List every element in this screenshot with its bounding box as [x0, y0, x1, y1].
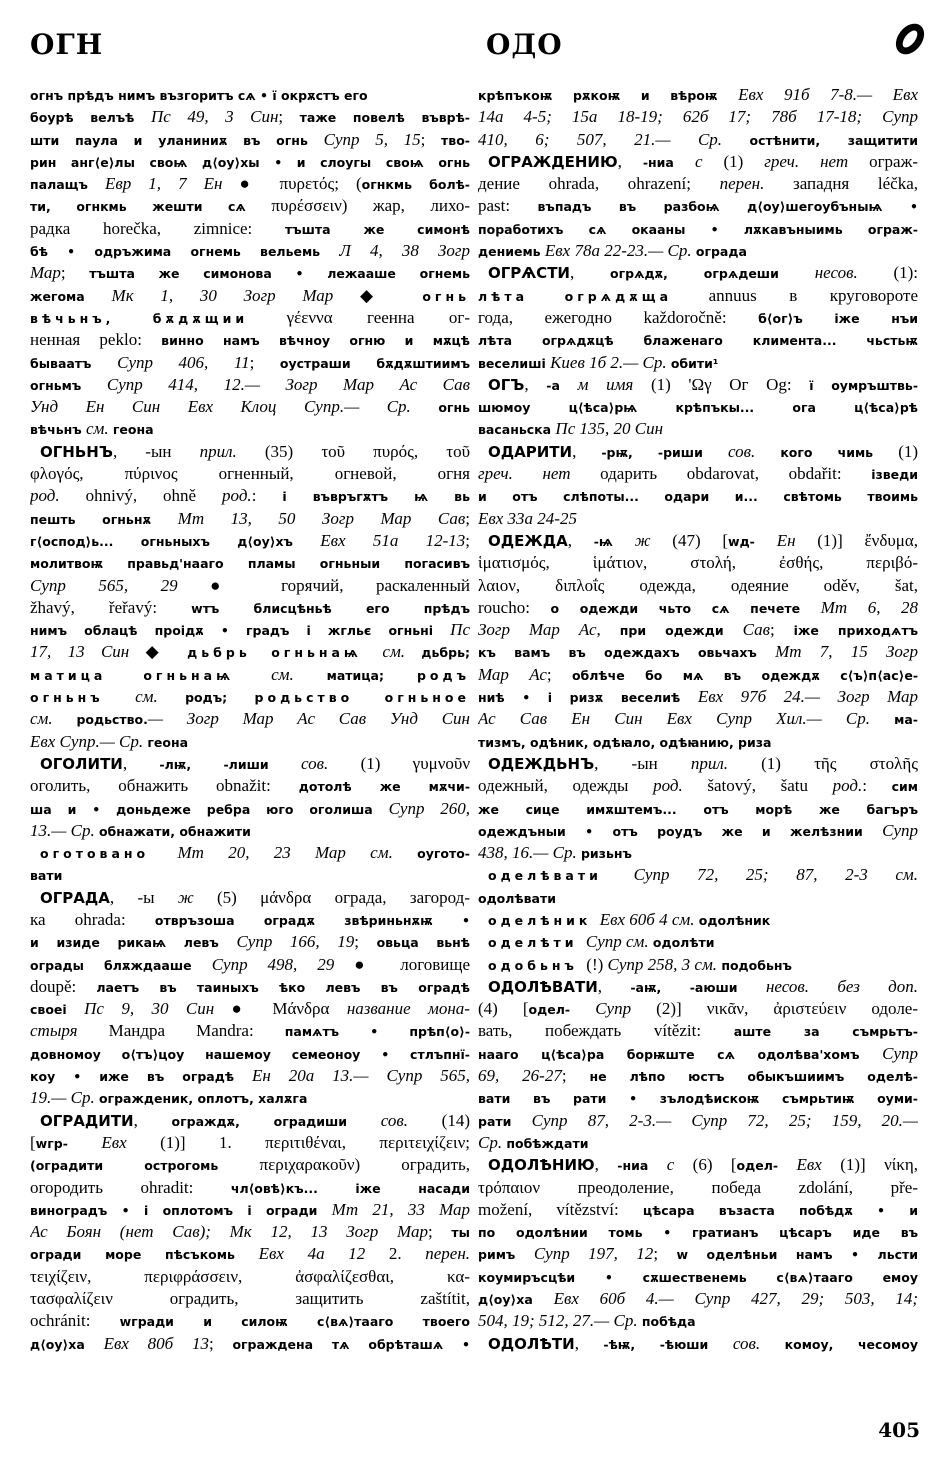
text-segment: ка ohrada: — [30, 910, 155, 929]
source-citation: сов. — [728, 442, 755, 461]
text-segment: и изиде рикаѩ левъ — [30, 935, 236, 950]
text-segment: ограда — [696, 244, 747, 259]
text-segment: тво- — [441, 133, 470, 148]
text-line: možení, vítězství: цѣсара възаста побѣдѫ… — [478, 1199, 918, 1221]
text-segment: (1)] ἔνδυμα, — [796, 531, 918, 550]
source-citation: греч. нет — [764, 152, 848, 171]
text-segment: annuus в круговороте — [709, 286, 918, 305]
text-segment: ; — [770, 620, 794, 639]
text-segment: поработихъ сѧ окааны • лѫкавъныимь ограж… — [478, 222, 918, 237]
source-citation: — Зогр Мар Ас Сав Унд Син — [148, 709, 470, 728]
text-segment: жегома — [30, 289, 112, 304]
source-citation: Л 4, 38 Зогр — [339, 241, 470, 260]
text-segment: ; — [354, 932, 376, 951]
text-segment: одел- — [529, 1002, 596, 1017]
source-citation: Супр 197, 12 — [534, 1244, 653, 1263]
text-line: къ вамъ въ одеждахъ овьчахъ Мт 7, 15 Зог… — [478, 641, 918, 663]
text-segment: τρόπαιον преодоление, победа zdolání, př… — [478, 1178, 918, 1197]
text-line: ОДАРИТИ, -рѭ, -риши сов. кого чимь (1) — [478, 441, 918, 463]
text-line: одолѣвати — [478, 887, 918, 909]
text-segment: матица огньнаѩ — [30, 668, 271, 683]
text-segment: дотолѣ же мѫчи- — [299, 779, 470, 794]
text-segment: вати — [30, 868, 62, 883]
source-citation: род. — [30, 486, 60, 505]
source-citation: сов. — [301, 754, 328, 773]
headword: ОГРАЖДЕНИЮ — [488, 153, 618, 171]
source-citation: Супр — [595, 999, 631, 1018]
source-citation: 19.— Ср. — [30, 1088, 99, 1107]
text-line: ОГРАЖДЕНИЮ, -ниа с (1) греч. нет ограж- — [478, 151, 918, 173]
source-citation: Евх — [101, 1133, 126, 1152]
text-line: 19.— Ср. огражденик, оплотъ, халѫга — [30, 1087, 470, 1109]
source-citation: Ас Боян (нет Сав); Мк 12, 13 Зогр Мар — [30, 1222, 428, 1241]
source-citation: см. — [86, 419, 113, 438]
source-citation: Евх 60б 4.— Супр 427, 29; 503, 14; — [554, 1289, 918, 1308]
text-line: своеі Пс 9, 30 Син ● Μάνδρα название мон… — [30, 998, 470, 1020]
text-segment: одежный, одежды — [478, 776, 653, 795]
headword: ОДЕЖДА — [488, 532, 568, 550]
source-citation: см. — [271, 665, 327, 684]
source-citation: Супр см. — [586, 932, 653, 951]
text-line: 69, 26-27; не лѣпо юстъ обыкъшиимъ оделѣ… — [478, 1065, 918, 1087]
text-segment: , — [572, 442, 601, 461]
text-segment: аште за съмрьтъ- — [734, 1024, 918, 1039]
headword: ОГРАДИТИ — [40, 1112, 134, 1130]
text-line: ОДЕЖДА, -ѩ ж (47) [wд- Ен (1)] ἔνδυμα, — [478, 530, 918, 552]
text-line: ниѣ • і ризѫ веселиѣ Евх 97б 24.— Зогр М… — [478, 686, 918, 708]
source-citation: Евр 1, 7 Ен — [105, 174, 222, 193]
text-line: огородить ohradit: чл⟨овѣ⟩къ... іже наса… — [30, 1177, 470, 1199]
source-citation: 410, 6; 507, 21.— Ср. — [478, 130, 750, 149]
source-citation: с — [695, 152, 703, 171]
text-segment: овьца вьнѣ — [377, 935, 470, 950]
text-line: ОДОЛѢТИ, -ѣѭ, -ѣюши сов. комоу, чесомоу — [478, 1333, 918, 1355]
source-citation: Мк 1, 30 Зогр Мар — [112, 286, 334, 305]
text-line: жегома Мк 1, 30 Зогр Мар ◆ огнь — [30, 285, 470, 307]
text-line: д⟨оу⟩ха Евх 80б 13; ограждена тѧ обрѣташ… — [30, 1333, 470, 1355]
source-citation: род. — [222, 486, 252, 505]
text-segment: побѣждати — [506, 1136, 588, 1151]
text-segment: (1) γυμνοῦν — [328, 754, 470, 773]
text-segment: къ вамъ въ одеждахъ овьчахъ — [478, 645, 775, 660]
text-segment: нааго ц⟨ѣса⟩ра борѭште сѧ одолѣва'хомъ — [478, 1047, 882, 1062]
text-segment: ; — [653, 1244, 676, 1263]
text-segment: коумиръсцѣи • сѫшественемь с⟨вѧ⟩тааго ем… — [478, 1270, 918, 1285]
text-segment: одарить obdarovat, obdařit: — [571, 464, 872, 483]
source-citation: сов. — [733, 1334, 760, 1353]
text-segment: одел- — [737, 1158, 797, 1173]
text-segment: довномоу о⟨тъ⟩цоу нашемоу семеоноу • стл… — [30, 1047, 470, 1062]
text-line: (оградити острогомь περιχαρακοῦν) огради… — [30, 1154, 470, 1176]
text-segment: , -ы — [110, 888, 178, 907]
text-segment: оготовано — [40, 846, 177, 861]
text-segment: ; — [547, 665, 572, 684]
source-citation: Мар — [30, 263, 61, 282]
source-citation: несов. — [815, 263, 858, 282]
source-citation: 504, 19; 512, 27.— Ср. — [478, 1311, 642, 1330]
text-segment: по одолѣнии томь • гратианъ цѣсаръ иде в… — [478, 1225, 918, 1240]
text-line: одеждъныи • отъ роудъ же и желѣзнии Супр — [478, 820, 918, 842]
text-line: Ас Сав Ен Син Евх Супр Хил.— Ср. ма- — [478, 708, 918, 730]
headword: ОДОЛѢТИ — [488, 1335, 575, 1353]
source-citation: 438, 16.— Ср. — [478, 843, 581, 862]
source-citation: см. — [30, 709, 76, 728]
text-line: рин анг⟨е⟩лы своѩ д⟨оу⟩хы • и слоугы сво… — [30, 151, 470, 173]
text-line: огнъ прѣдъ нимъ възгоритъ сѧ • ї окрѫстъ… — [30, 84, 470, 106]
text-segment: (35) τοῦ πυρός, τοῦ — [237, 442, 470, 461]
text-line: боурѣ велъѣ Пс 49, 3 Син; таже повелѣ въ… — [30, 106, 470, 128]
text-segment: подобьнъ — [721, 958, 792, 973]
text-segment: одолѣти — [653, 935, 715, 950]
text-line: ОДОЛѢВАТИ, -аѭ, -аюши несов. без доп. — [478, 976, 918, 998]
text-segment: -ѩ — [594, 534, 635, 549]
text-segment: нимъ облацѣ проідѫ • градъ і жгльє огньн… — [30, 623, 450, 638]
text-line: žhavý, řeřavý: wтъ блисцѣньѣ его прѣдъ — [30, 597, 470, 619]
text-segment: ты — [451, 1225, 470, 1240]
text-segment: , — [575, 1334, 604, 1353]
text-line: Евх 33а 24-25 — [478, 508, 918, 530]
text-segment: цѣсара възаста побѣдѫ • и — [643, 1203, 918, 1218]
text-segment: остѣнити, защитити — [750, 133, 918, 148]
text-segment: таже повелѣ въврѣ- — [300, 110, 470, 125]
source-citation: Мар Ас — [478, 665, 547, 684]
text-segment: žhavý, řeřavý: — [30, 598, 191, 617]
source-citation: Супр 5, 15 — [324, 130, 421, 149]
text-segment: шюмоу ц⟨ѣса⟩рѩ крѣпъкы... ога ц⟨ѣса⟩рѣ — [478, 400, 918, 415]
text-segment: šatový, šatu — [683, 776, 833, 795]
text-line: ОГНЬНЪ, -ын прил. (35) τοῦ πυρός, τοῦ — [30, 441, 470, 463]
text-segment: 1. περιτιθέναι, περιτειχίζειν; — [219, 1133, 470, 1152]
text-segment: -ниа — [643, 155, 695, 170]
source-citation: Унд Ен Син Евх Клоц Супр.— Ср. — [30, 397, 438, 416]
text-line: doupě: лаетъ въ таиныхъ ѣко левъ въ огра… — [30, 976, 470, 998]
text-line: Унд Ен Син Евх Клоц Супр.— Ср. огнь — [30, 396, 470, 418]
text-line: рати Супр 87, 2-3.— Супр 72, 25; 159, 20… — [478, 1110, 918, 1132]
text-segment: вати въ рати • зълодѣискоѭ съмрьтиѭ оуми… — [478, 1091, 918, 1106]
text-line: ка ohrada: отвръзоша оградѫ звѣриньнѫѭ • — [30, 909, 470, 931]
text-segment: , — [570, 263, 610, 282]
text-line: см. родьство.— Зогр Мар Ас Сав Унд Син — [30, 708, 470, 730]
source-citation: Супр 166, 19 — [236, 932, 354, 951]
text-segment: ограждена тѧ обрѣташѧ • — [232, 1337, 470, 1352]
text-segment: западня léčka, — [764, 174, 918, 193]
source-citation: Супр — [882, 1044, 918, 1063]
source-citation: 14а 4-5; 15а 18-19; 62б 17; 78б 17-18; С… — [478, 107, 918, 126]
text-segment: рин анг⟨е⟩лы своѩ д⟨оу⟩хы • и слоугы сво… — [30, 155, 470, 170]
text-segment: ниѣ • і ризѫ веселиѣ — [478, 690, 698, 705]
text-segment: ochránit: — [30, 1311, 120, 1330]
text-segment: матица; — [327, 668, 417, 683]
source-citation: перен. — [425, 1244, 470, 1263]
text-segment: ма- — [894, 712, 918, 727]
text-segment: о одежди чьто сѧ печете — [550, 601, 820, 616]
headword: ОДОЛѢНИЮ — [488, 1156, 595, 1174]
source-citation: род. — [653, 776, 683, 795]
text-line: д⟨оу⟩ха Евх 60б 4.— Супр 427, 29; 503, 1… — [478, 1288, 918, 1310]
running-head-right: ОДО — [486, 28, 563, 61]
section-letter-o-icon — [890, 18, 930, 60]
text-line: 410, 6; 507, 21.— Ср. остѣнити, защитити — [478, 129, 918, 151]
text-segment: бѣ • одръжима огнемь вельемь — [30, 244, 339, 259]
source-citation: ж — [635, 531, 651, 550]
text-segment: лѣта огрѧдѫцѣ блаженаго климента... чьст… — [478, 333, 918, 348]
text-line: ochránit: wгради и силоѭ с⟨вѧ⟩тааго твое… — [30, 1310, 470, 1332]
text-line: довномоу о⟨тъ⟩цоу нашемоу семеоноу • стл… — [30, 1043, 470, 1065]
text-line: оготовано Мт 20, 23 Мар см. оугото- — [30, 842, 470, 864]
text-line: ОГОЛИТИ, -лѭ, -лиши сов. (1) γυμνοῦν — [30, 753, 470, 775]
running-head-left: ОГН — [30, 28, 103, 61]
source-citation: Евх 33а 24-25 — [478, 509, 577, 528]
text-line: коу • иже въ оградѣ Ен 20а 13.— Супр 565… — [30, 1065, 470, 1087]
text-segment: оугото- — [417, 846, 470, 861]
source-citation: Супр 414, 12.— Зогр Мар Ас Сав — [107, 375, 470, 394]
source-citation: Пс 9, 30 Син — [84, 999, 214, 1018]
text-line: ОГРАДИТИ, ограждѫ, оградиши сов. (14) — [30, 1110, 470, 1132]
text-segment: кого чимь — [755, 445, 898, 460]
text-segment: отвръзоша оградѫ звѣриньнѫѭ • — [155, 913, 470, 928]
text-segment: -аѭ, -аюши — [630, 980, 766, 995]
source-citation: Пс — [450, 620, 470, 639]
page-number: 405 — [878, 1418, 920, 1442]
text-segment: ; — [465, 531, 470, 550]
text-segment: ● Μάνδρα — [214, 999, 347, 1018]
text-segment: тизмъ, одѣник, одѣꙗло, одѣꙗнию, риза — [478, 735, 771, 750]
source-citation: Евх Супр.— Ср. — [30, 732, 147, 751]
source-citation: прил. — [691, 754, 728, 773]
text-segment: (4) [ — [478, 999, 529, 1018]
source-citation: Евх 97б 24.— Зогр Мар — [698, 687, 918, 706]
source-citation: Мт 6, 28 — [821, 598, 918, 617]
text-segment: , — [568, 531, 594, 550]
text-line: Евх Супр.— Ср. геона — [30, 731, 470, 753]
text-segment: вѣчьнъ, бѫдѫщии — [30, 311, 287, 326]
text-segment: wгр- — [36, 1136, 102, 1151]
text-segment: дение ohrada, ohrazení; — [478, 174, 720, 193]
text-line: же сице имѫштемъ... отъ морѣ же багъръ — [478, 798, 918, 820]
text-segment: πυρέσσειν) жар, лихо- — [271, 196, 470, 215]
text-segment: (!) — [586, 955, 607, 974]
text-segment: : — [862, 776, 891, 795]
text-line: (4) [одел- Супр (2)] νικᾶν, ἀριστεύειν о… — [478, 998, 918, 1020]
text-segment: φλογός, πύρινος огненный, огневой, огня — [30, 464, 470, 483]
text-segment: пешть огньнѫ — [30, 512, 178, 527]
text-segment: вать, побеждать vítězit: — [478, 1021, 734, 1040]
text-line: лѣта огрѧдѫща annuus в круговороте — [478, 285, 918, 307]
text-segment: огородить ohradit: — [30, 1178, 231, 1197]
text-line: виноградъ • і оплотомъ і огради Мт 21, 3… — [30, 1199, 470, 1221]
text-line: τασφαλίζειν оградить, защитить zaštítit, — [30, 1288, 470, 1310]
text-line: огради море пѣсъкомь Евх 4а 12 2. перен. — [30, 1243, 470, 1265]
text-segment: -а — [546, 378, 577, 393]
source-citation: Сав — [743, 620, 770, 639]
source-citation: Евх 51а 12-13 — [320, 531, 465, 550]
text-segment: ● πυρετός; ( — [222, 174, 361, 193]
source-citation: Евх 78а 22-23.— Ср. — [545, 241, 696, 260]
text-line: нимъ облацѣ проідѫ • градъ і жгльє огньн… — [30, 619, 470, 641]
text-line: ша и • доньдеже ребра юго оголиша Супр 2… — [30, 798, 470, 820]
text-segment: -рѭ, -риши — [601, 445, 728, 460]
text-line: past: въпадъ въ разбоѩ д⟨оу⟩шегоубъныѩ • — [478, 195, 918, 217]
text-segment: -ѣѭ, -ѣюши — [603, 1337, 732, 1352]
text-line: дениемь Евх 78а 22-23.— Ср. ограда — [478, 240, 918, 262]
text-segment: побѣда — [642, 1314, 696, 1329]
text-segment: γέεννα геенна ог- — [287, 308, 470, 327]
headword: ОГОЛИТИ — [40, 755, 123, 773]
text-segment: дениемь — [478, 244, 545, 259]
text-segment: ● логовище — [334, 955, 470, 974]
text-line: Ср. побѣждати — [478, 1132, 918, 1154]
source-citation: несов. без доп. — [766, 977, 918, 996]
text-segment: обити¹ — [671, 356, 719, 371]
text-segment: памѧтъ • прѣп⟨о⟩- — [285, 1024, 470, 1039]
text-line: τειχίζειν, περιφράσσειν, ἀσφαλίζεσθαι, κ… — [30, 1266, 470, 1288]
text-segment: ізведи — [871, 467, 918, 482]
text-segment: одолѣник — [699, 913, 771, 928]
text-line: вати въ рати • зълодѣискоѭ съмрьтиѭ оуми… — [478, 1087, 918, 1109]
text-line: коумиръсцѣи • сѫшественемь с⟨вѧ⟩тааго ем… — [478, 1266, 918, 1288]
text-line: ти, огнкмь жешти сѧ πυρέσσειν) жар, лихо… — [30, 195, 470, 217]
text-segment: тъшта же симонѣ — [285, 222, 470, 237]
source-citation: стыря — [30, 1021, 78, 1040]
text-segment: (6) [ — [674, 1155, 736, 1174]
text-segment: ; — [562, 1066, 590, 1085]
text-line: и изиде рикаѩ левъ Супр 166, 19; овьца в… — [30, 931, 470, 953]
text-segment: (1) — [703, 152, 765, 171]
text-segment: ; — [278, 107, 299, 126]
text-line: Супр 565, 29 ● горячий, раскаленный — [30, 575, 470, 597]
source-citation: Мт 7, 15 Зогр — [775, 642, 918, 661]
text-segment: -лѭ, -лиши — [159, 757, 301, 772]
text-segment: палащъ — [30, 177, 105, 192]
text-segment: ohnivý, ohně — [60, 486, 222, 505]
text-segment: д⟨оу⟩ха — [30, 1337, 104, 1352]
text-segment: -ниа — [617, 1158, 667, 1173]
source-citation: название мона- — [347, 999, 470, 1018]
text-segment: родьство. — [76, 712, 147, 727]
source-citation: Супр 258, 3 см. — [608, 955, 722, 974]
source-citation: Супр 72, 25; 87, 2-3 см. — [634, 865, 918, 884]
source-citation: Супр 87, 2-3.— Супр 72, 25; 159, 20.— — [532, 1111, 918, 1130]
text-segment: вѣчьнъ — [30, 422, 86, 437]
text-segment: , — [595, 1155, 618, 1174]
text-line: бѣ • одръжима огнемь вельемь Л 4, 38 Зог… — [30, 240, 470, 262]
text-segment: огньмъ — [30, 378, 107, 393]
text-segment: радка horečka, zimnice: — [30, 219, 285, 238]
text-line: Зогр Мар Ас, при одежди Сав; іже приходѧ… — [478, 619, 918, 641]
text-segment: огнъ прѣдъ нимъ възгоритъ сѧ • ї окрѫстъ… — [30, 88, 368, 103]
text-segment: ; — [209, 1334, 232, 1353]
text-segment: ї оумръштвь- — [809, 378, 918, 393]
text-line: нааго ц⟨ѣса⟩ра борѭште сѧ одолѣва'хомъ С… — [478, 1043, 918, 1065]
source-citation: Ен 20а 13.— Супр 565, — [252, 1066, 470, 1085]
text-segment: римъ — [478, 1247, 534, 1262]
text-line: λαιον, διπλοΐς одежда, одеяние oděv, šat… — [478, 575, 918, 597]
text-segment: въпадъ въ разбоѩ д⟨оу⟩шегоубъныѩ • — [538, 199, 918, 214]
source-citation: Евх — [797, 1155, 822, 1174]
source-citation: 13.— Ср. — [30, 821, 99, 840]
source-citation: Пс 135, 20 Син — [555, 419, 663, 438]
text-segment: огради море пѣсъкомь — [30, 1247, 259, 1262]
text-segment: τειχίζειν, περιφράσσειν, ἀσφαλίζεσθαι, κ… — [30, 1267, 470, 1286]
text-segment: doupě: — [30, 977, 96, 996]
text-segment: геона — [147, 735, 188, 750]
source-citation: Ас Сав Ен Син Евх Супр Хил.— Ср. — [478, 709, 894, 728]
source-citation: Мт 13, 50 Зогр Мар Сав — [178, 509, 466, 528]
source-citation: Ср. — [478, 1133, 506, 1152]
text-segment: , — [618, 152, 643, 171]
text-segment: roucho: — [478, 598, 550, 617]
text-segment: тъшта же симонова • лежааше огнемь — [89, 266, 470, 281]
text-segment: своеі — [30, 1002, 84, 1017]
source-citation: Евх 60б 4 см. — [600, 910, 699, 929]
text-line: пешть огньнѫ Мт 13, 50 Зогр Мар Сав; — [30, 508, 470, 530]
text-line: ограды блѫждааше Супр 498, 29 ● логовище — [30, 954, 470, 976]
text-segment: ; — [421, 130, 441, 149]
text-line: ἱματισμός, ἱμάτιον, στολή, ἐσθής, περιβό… — [478, 552, 918, 574]
text-line: вать, побеждать vítězit: аште за съмрьтъ… — [478, 1020, 918, 1042]
text-segment: рати — [478, 1114, 532, 1129]
text-segment: и отъ слѣпоты... одари и... свѣтомь твои… — [478, 489, 918, 504]
text-segment: (1) — [898, 442, 918, 461]
text-line: 17, 13 Син ◆ дьбрь огньнаѩ см. дьбрь; — [30, 641, 470, 663]
text-segment: (47) [ — [651, 531, 728, 550]
text-segment: огнкмь болѣ- — [362, 177, 470, 192]
source-citation: сов. — [381, 1111, 408, 1130]
source-citation: Супр 406, 11 — [117, 353, 249, 372]
text-segment: (1)] — [127, 1133, 219, 1152]
text-line: вѣчьнъ см. геона — [30, 418, 470, 440]
text-line: Мар Ас; облѣче бо мѧ въ одеждѫ с⟨ъ⟩п⟨ас⟩… — [478, 664, 918, 686]
source-citation: Супр 498, 29 — [212, 955, 335, 974]
source-citation: Супр 260, — [389, 799, 470, 818]
left-column: огнъ прѣдъ нимъ възгоритъ сѧ • ї окрѫстъ… — [30, 84, 470, 1355]
source-citation: Пс 49, 3 Син — [151, 107, 278, 126]
text-segment: ; — [428, 1222, 451, 1241]
text-line: палащъ Евр 1, 7 Ен ● πυρετός; (огнкмь бо… — [30, 173, 470, 195]
right-column: крѣпъкоѭ рѫкоѭ и вѣроѭ Евх 91б 7-8.— Евх… — [478, 84, 918, 1355]
text-line: ОГЪ, -а м имя (1) 'Ωγ Ог Og: ї оумръштвь… — [478, 374, 918, 396]
text-segment: лаетъ въ таиныхъ ѣко левъ въ оградѣ — [96, 980, 470, 995]
text-line: ненная peklo: винно намъ вѣчноу огню и м… — [30, 329, 470, 351]
text-segment: комоу, чесомоу — [760, 1337, 918, 1352]
headword: ОДАРИТИ — [488, 443, 572, 461]
text-segment: περιχαρακοῦν) оградить, — [260, 1155, 471, 1174]
source-citation: 17, 13 Син — [30, 642, 129, 661]
text-line: года, ежегодно každoročně: б⟨ог⟩ъ іже нъ… — [478, 307, 918, 329]
text-segment: одеждъныи • отъ роудъ же и желѣзнии — [478, 824, 882, 839]
text-segment: , -ын — [594, 754, 691, 773]
text-segment: родьство огньное — [255, 690, 470, 705]
text-segment: бываатъ — [30, 356, 117, 371]
text-segment: лѣта огрѧдѫща — [478, 289, 709, 304]
source-citation: греч. нет — [478, 464, 571, 483]
text-segment: ◆ — [333, 286, 422, 305]
text-segment: геона — [113, 422, 154, 437]
source-citation: прил. — [200, 442, 237, 461]
text-line: одобьнъ (!) Супр 258, 3 см. подобьнъ — [478, 954, 918, 976]
text-segment: же сице имѫштемъ... отъ морѣ же багъръ — [478, 802, 918, 817]
text-segment: сим — [892, 779, 918, 794]
source-citation: Мт 21, 33 Мар — [332, 1200, 470, 1219]
text-line: огньмъ Супр 414, 12.— Зогр Мар Ас Сав — [30, 374, 470, 396]
source-citation: Ен — [777, 531, 796, 550]
source-citation: Евх 4а 12 — [259, 1244, 389, 1263]
text-segment: огньнъ — [30, 690, 135, 705]
text-segment: wд- — [728, 534, 777, 549]
text-segment: , — [134, 1111, 172, 1130]
text-segment: (1) 'Ωγ Ог Og: — [633, 375, 809, 394]
text-segment: w оделѣньи намъ • льсти — [676, 1247, 918, 1262]
